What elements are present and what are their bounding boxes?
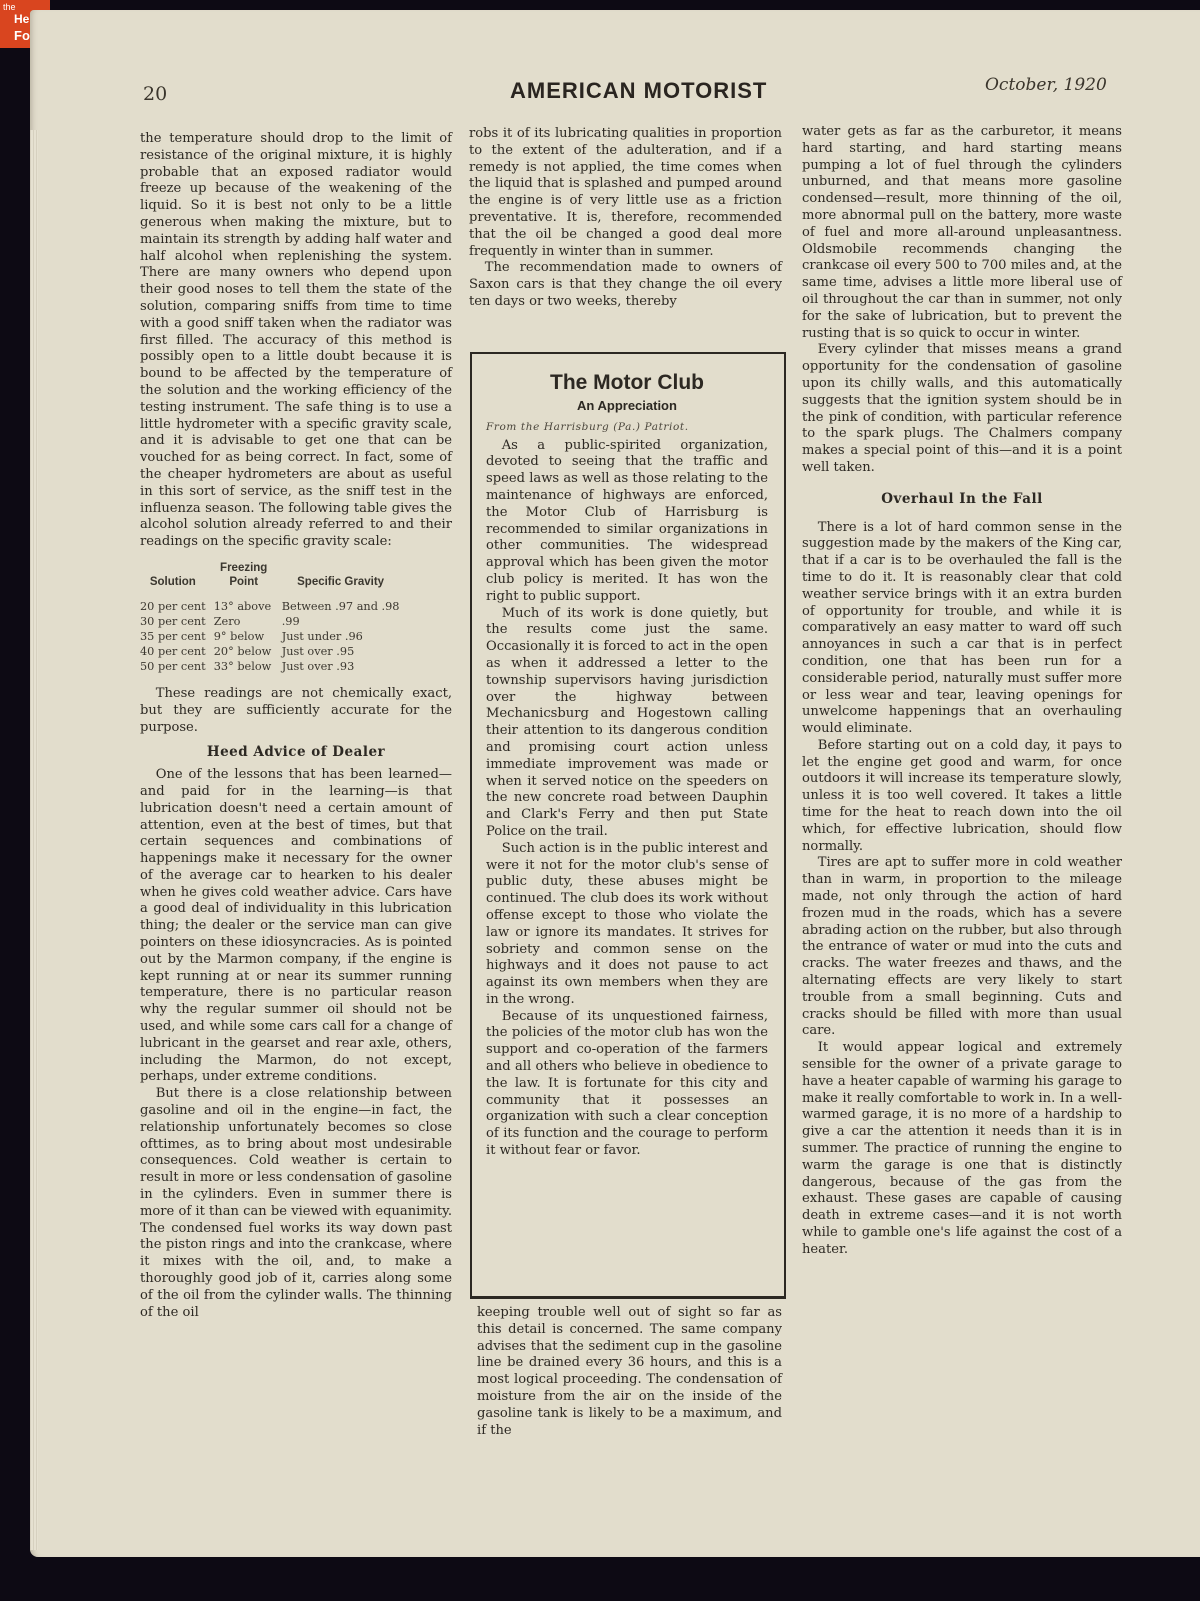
paragraph: There is a lot of hard common sense in t… — [802, 520, 1122, 738]
sidebar-subtitle: An Appreciation — [486, 398, 768, 415]
column-header: Solution — [140, 561, 214, 599]
paragraph: As a public-spirited organization, devot… — [486, 438, 768, 606]
paragraph: robs it of its lubricating qualities in … — [469, 126, 782, 260]
section-heading: Heed Advice of Dealer — [140, 744, 452, 761]
table-cell: 33° below — [214, 659, 282, 674]
column-1: the temperature should drop to the limit… — [140, 131, 452, 1321]
paragraph: keeping trouble well out of sight so far… — [477, 1305, 782, 1439]
paragraph: Such action is in the public interest an… — [486, 841, 768, 1009]
column-3: water gets as far as the carburetor, it … — [802, 124, 1122, 1259]
table-row: 40 per cent 20° below Just over .95 — [140, 644, 408, 659]
column-header: Freezing Point — [214, 561, 282, 599]
paragraph: water gets as far as the carburetor, it … — [802, 124, 1122, 342]
table-cell: Zero — [214, 614, 282, 629]
table-cell: 20 per cent — [140, 599, 214, 614]
paragraph: It would appear logical and extremely se… — [802, 1040, 1122, 1258]
column-header: Specific Gravity — [282, 561, 408, 599]
paragraph: the temperature should drop to the limit… — [140, 131, 452, 551]
table-cell: 35 per cent — [140, 629, 214, 644]
table-cell: Just under .96 — [282, 629, 408, 644]
table-cell: 9° below — [214, 629, 282, 644]
table-row: 20 per cent 13° above Between .97 and .9… — [140, 599, 408, 614]
alcohol-solution-table: Solution Freezing Point Specific Gravity… — [140, 561, 408, 674]
table-cell: Between .97 and .98 — [282, 599, 408, 614]
paragraph: One of the lessons that has been learned… — [140, 767, 452, 1086]
page-edges — [30, 130, 38, 1550]
magazine-title: AMERICAN MOTORIST — [510, 78, 767, 104]
table-cell: .99 — [282, 614, 408, 629]
paragraph: Tires are apt to suffer more in cold wea… — [802, 855, 1122, 1040]
paragraph: Before starting out on a cold day, it pa… — [802, 738, 1122, 856]
page-number: 20 — [143, 83, 167, 105]
table-cell: 20° below — [214, 644, 282, 659]
sidebar-box: The Motor Club An Appreciation From the … — [470, 352, 786, 1299]
paragraph: The recommendation made to owners of Sax… — [469, 260, 782, 310]
logo-line-1: the — [3, 2, 16, 12]
sidebar-source: From the Harrisburg (Pa.) Patriot. — [486, 419, 768, 436]
paragraph: But there is a close relationship betwee… — [140, 1086, 452, 1321]
column-2: robs it of its lubricating qualities in … — [469, 126, 782, 311]
paragraph: Much of its work is done quietly, but th… — [486, 606, 768, 841]
table-cell: Just over .93 — [282, 659, 408, 674]
table-header-row: Solution Freezing Point Specific Gravity — [140, 561, 408, 599]
table-cell: 13° above — [214, 599, 282, 614]
column-2-continued: keeping trouble well out of sight so far… — [477, 1305, 782, 1439]
paragraph: These readings are not chemically exact,… — [140, 686, 452, 736]
paragraph: Every cylinder that misses means a grand… — [802, 342, 1122, 476]
sidebar-title: The Motor Club — [486, 370, 768, 396]
table-row: 30 per cent Zero .99 — [140, 614, 408, 629]
table-cell: Just over .95 — [282, 644, 408, 659]
section-heading: Overhaul In the Fall — [802, 491, 1122, 508]
table-cell: 40 per cent — [140, 644, 214, 659]
table-row: 35 per cent 9° below Just under .96 — [140, 629, 408, 644]
table-row: 50 per cent 33° below Just over .93 — [140, 659, 408, 674]
table-cell: 50 per cent — [140, 659, 214, 674]
issue-date: October, 1920 — [985, 75, 1107, 95]
table-cell: 30 per cent — [140, 614, 214, 629]
paragraph: Because of its unquestioned fairness, th… — [486, 1009, 768, 1160]
